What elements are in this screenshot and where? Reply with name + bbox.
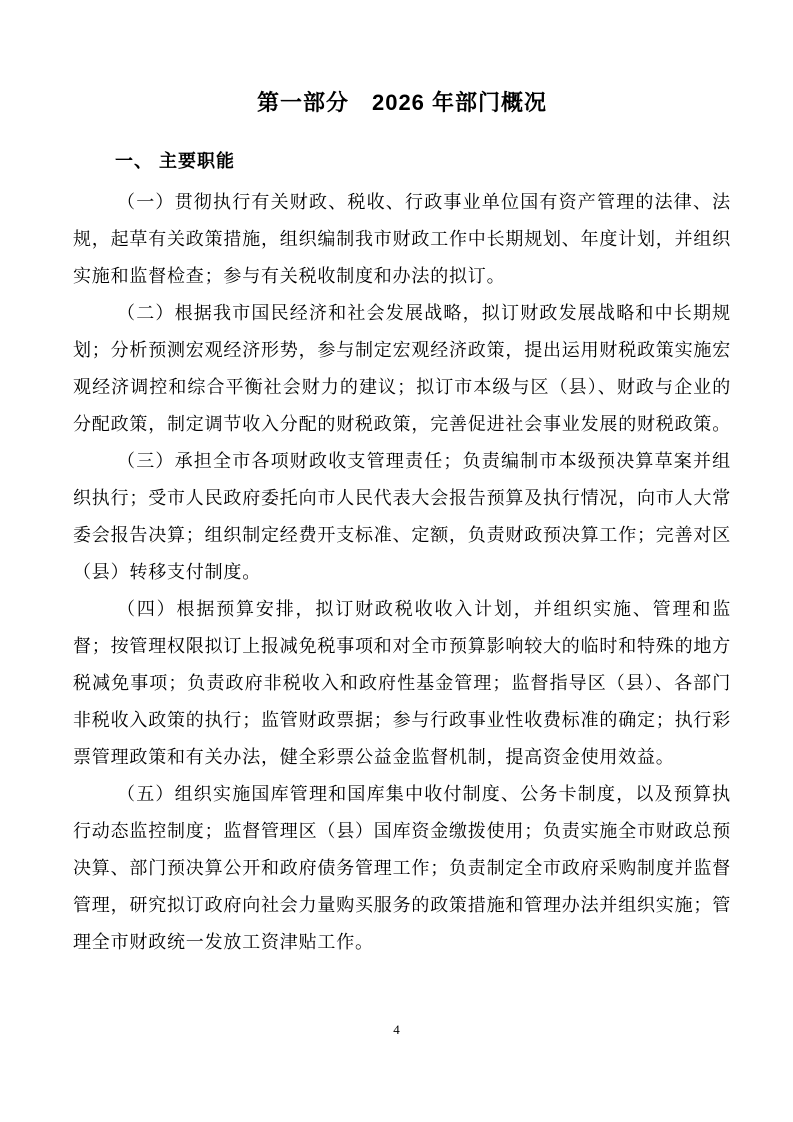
paragraph-2: （二）根据我市国民经济和社会发展战略，拟订财政发展战略和中长期规划；分析预测宏观… xyxy=(73,295,731,443)
page-number: 4 xyxy=(0,1021,793,1039)
paragraph-1: （一）贯彻执行有关财政、税收、行政事业单位国有资产管理的法律、法规，起草有关政策… xyxy=(73,184,731,295)
document-title: 第一部分 2026 年部门概况 xyxy=(73,88,731,118)
document-page: 第一部分 2026 年部门概况 一、 主要职能 （一）贯彻执行有关财政、税收、行… xyxy=(0,0,793,1122)
body-text: （一）贯彻执行有关财政、税收、行政事业单位国有资产管理的法律、法规，起草有关政策… xyxy=(73,184,731,961)
paragraph-3: （三）承担全市各项财政收支管理责任；负责编制市本级预决算草案并组织执行；受市人民… xyxy=(73,443,731,591)
paragraph-5: （五）组织实施国库管理和国库集中收付制度、公务卡制度，以及预算执行动态监控制度；… xyxy=(73,776,731,961)
paragraph-4: （四）根据预算安排，拟订财政税收收入计划，并组织实施、管理和监督；按管理权限拟订… xyxy=(73,591,731,776)
page-content: 第一部分 2026 年部门概况 一、 主要职能 （一）贯彻执行有关财政、税收、行… xyxy=(73,88,731,961)
section-heading-main-functions: 一、 主要职能 xyxy=(73,146,731,176)
